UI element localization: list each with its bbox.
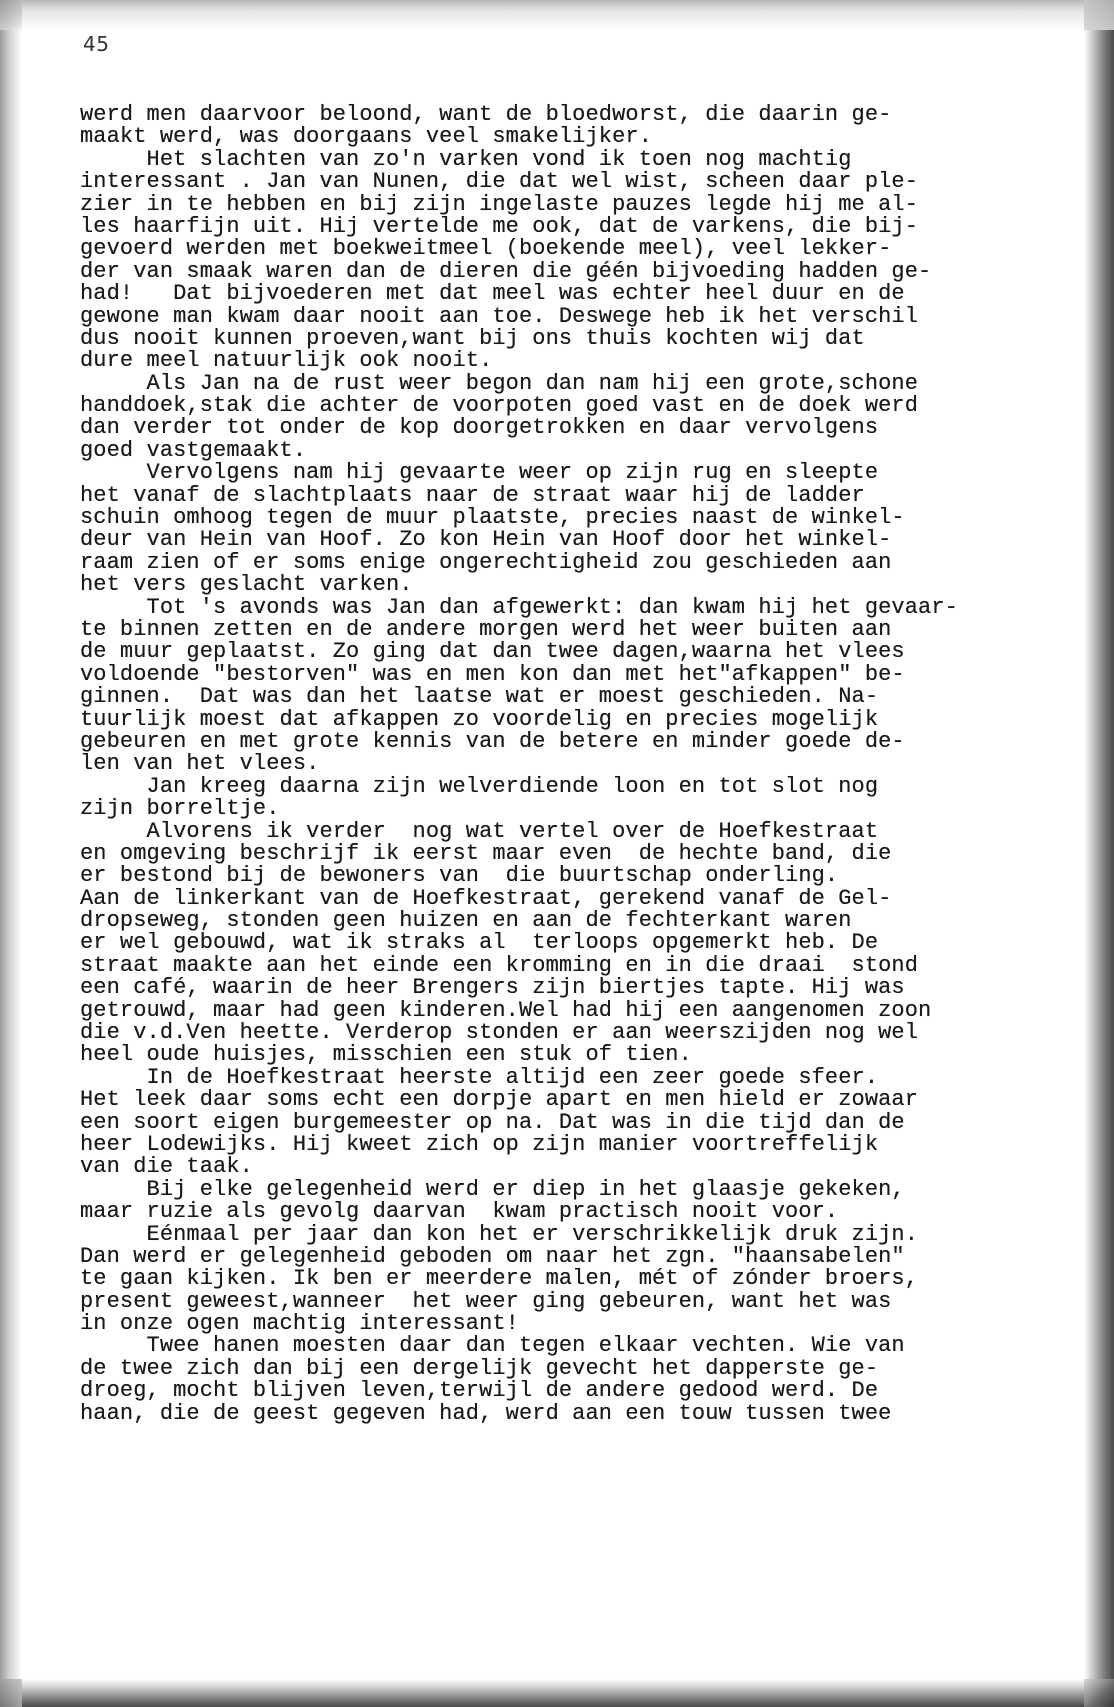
text-line: maar ruzie als gevolg daarvan kwam pract… — [80, 1201, 1090, 1223]
text-line: de twee zich dan bij een dergelijk gevec… — [80, 1358, 1090, 1380]
text-line: die v.d.Ven heette. Verderop stonden er … — [80, 1022, 1090, 1044]
text-line: te gaan kijken. Ik ben er meerdere malen… — [80, 1268, 1090, 1290]
text-line: het vers geslacht varken. — [80, 574, 1090, 596]
frame-corner-top-left — [0, 0, 22, 30]
frame-corner-bottom-left — [0, 1679, 22, 1707]
text-line: raam zien of er soms enige ongerechtighe… — [80, 552, 1090, 574]
text-line: haan, die de geest gegeven had, werd aan… — [80, 1403, 1090, 1425]
text-line: In de Hoefkestraat heerste altijd een ze… — [80, 1067, 1090, 1089]
text-line: Jan kreeg daarna zijn welverdiende loon … — [80, 776, 1090, 798]
text-line: en omgeving beschrijf ik eerst maar even… — [80, 843, 1090, 865]
text-line: van die taak. — [80, 1156, 1090, 1178]
text-line: Aan de linkerkant van de Hoefkestraat, g… — [80, 888, 1090, 910]
text-line: zier in te hebben en bij zijn ingelaste … — [80, 194, 1090, 216]
text-line: Het leek daar soms echt een dorpje apart… — [80, 1089, 1090, 1111]
text-line: werd men daarvoor beloond, want de bloed… — [80, 104, 1090, 126]
text-line: tuurlijk moest dat afkappen zo voordelig… — [80, 709, 1090, 731]
text-line: schuin omhoog tegen de muur plaatste, pr… — [80, 507, 1090, 529]
text-line: een soort eigen burgemeester op na. Dat … — [80, 1112, 1090, 1134]
text-line: heer Lodewijks. Hij kweet zich op zijn m… — [80, 1134, 1090, 1156]
frame-corner-bottom-right — [1084, 1679, 1114, 1707]
text-line: goed vastgemaakt. — [80, 440, 1090, 462]
text-line: gebeuren en met grote kennis van de bete… — [80, 731, 1090, 753]
text-line: voldoende "bestorven" was en men kon dan… — [80, 664, 1090, 686]
page-number: 45 — [83, 32, 109, 56]
text-line: dus nooit kunnen proeven,want bij ons th… — [80, 328, 1090, 350]
text-line: had! Dat bijvoederen met dat meel was ec… — [80, 283, 1090, 305]
text-line: dropseweg, stonden geen huizen en aan de… — [80, 910, 1090, 932]
text-line: present geweest,wanneer het weer ging ge… — [80, 1291, 1090, 1313]
frame-corner-top-right — [1084, 0, 1114, 30]
text-line: len van het vlees. — [80, 753, 1090, 775]
text-line: maakt werd, was doorgaans veel smakelijk… — [80, 126, 1090, 148]
text-line: Alvorens ik verder nog wat vertel over d… — [80, 821, 1090, 843]
text-line: te binnen zetten en de andere morgen wer… — [80, 619, 1090, 641]
text-line: Twee hanen moesten daar dan tegen elkaar… — [80, 1335, 1090, 1357]
text-line: gevoerd werden met boekweitmeel (boekend… — [80, 238, 1090, 260]
page-frame: 45 werd men daarvoor beloond, want de bl… — [0, 0, 1114, 1707]
text-line: in onze ogen machtig interessant! — [80, 1313, 1090, 1335]
text-line: dan verder tot onder de kop doorgetrokke… — [80, 417, 1090, 439]
text-line: de muur geplaatst. Zo ging dat dan twee … — [80, 641, 1090, 663]
text-line: getrouwd, maar had geen kinderen.Wel had… — [80, 1000, 1090, 1022]
text-line: les haarfijn uit. Hij vertelde me ook, d… — [80, 216, 1090, 238]
text-line: handdoek,stak die achter de voorpoten go… — [80, 395, 1090, 417]
text-line: het vanaf de slachtplaats naar de straat… — [80, 485, 1090, 507]
frame-left-edge — [0, 0, 22, 1707]
text-line: zijn borreltje. — [80, 798, 1090, 820]
frame-bottom-edge — [0, 1679, 1114, 1707]
typewritten-body-text: werd men daarvoor beloond, want de bloed… — [80, 104, 1090, 1425]
text-line: ginnen. Dat was dan het laatse wat er mo… — [80, 686, 1090, 708]
text-line: heel oude huisjes, misschien een stuk of… — [80, 1044, 1090, 1066]
text-line: Dan werd er gelegenheid geboden om naar … — [80, 1246, 1090, 1268]
text-line: Als Jan na de rust weer begon dan nam hi… — [80, 373, 1090, 395]
text-line: een café, waarin de heer Brengers zijn b… — [80, 977, 1090, 999]
text-line: Vervolgens nam hij gevaarte weer op zijn… — [80, 462, 1090, 484]
text-line: straat maakte aan het einde een kromming… — [80, 955, 1090, 977]
text-line: interessant . Jan van Nunen, die dat wel… — [80, 171, 1090, 193]
text-line: er bestond bij de bewoners van die buurt… — [80, 865, 1090, 887]
text-line: Het slachten van zo'n varken vond ik toe… — [80, 149, 1090, 171]
text-line: gewone man kwam daar nooit aan toe. Desw… — [80, 306, 1090, 328]
text-line: Tot 's avonds was Jan dan afgewerkt: dan… — [80, 597, 1090, 619]
text-line: droeg, mocht blijven leven,terwijl de an… — [80, 1380, 1090, 1402]
text-line: Eénmaal per jaar dan kon het er verschri… — [80, 1224, 1090, 1246]
text-line: der van smaak waren dan de dieren die gé… — [80, 261, 1090, 283]
text-line: Bij elke gelegenheid werd er diep in het… — [80, 1179, 1090, 1201]
text-line: deur van Hein van Hoof. Zo kon Hein van … — [80, 529, 1090, 551]
text-line: er wel gebouwd, wat ik straks al terloop… — [80, 932, 1090, 954]
frame-top-edge — [0, 0, 1114, 30]
text-line: dure meel natuurlijk ook nooit. — [80, 350, 1090, 372]
